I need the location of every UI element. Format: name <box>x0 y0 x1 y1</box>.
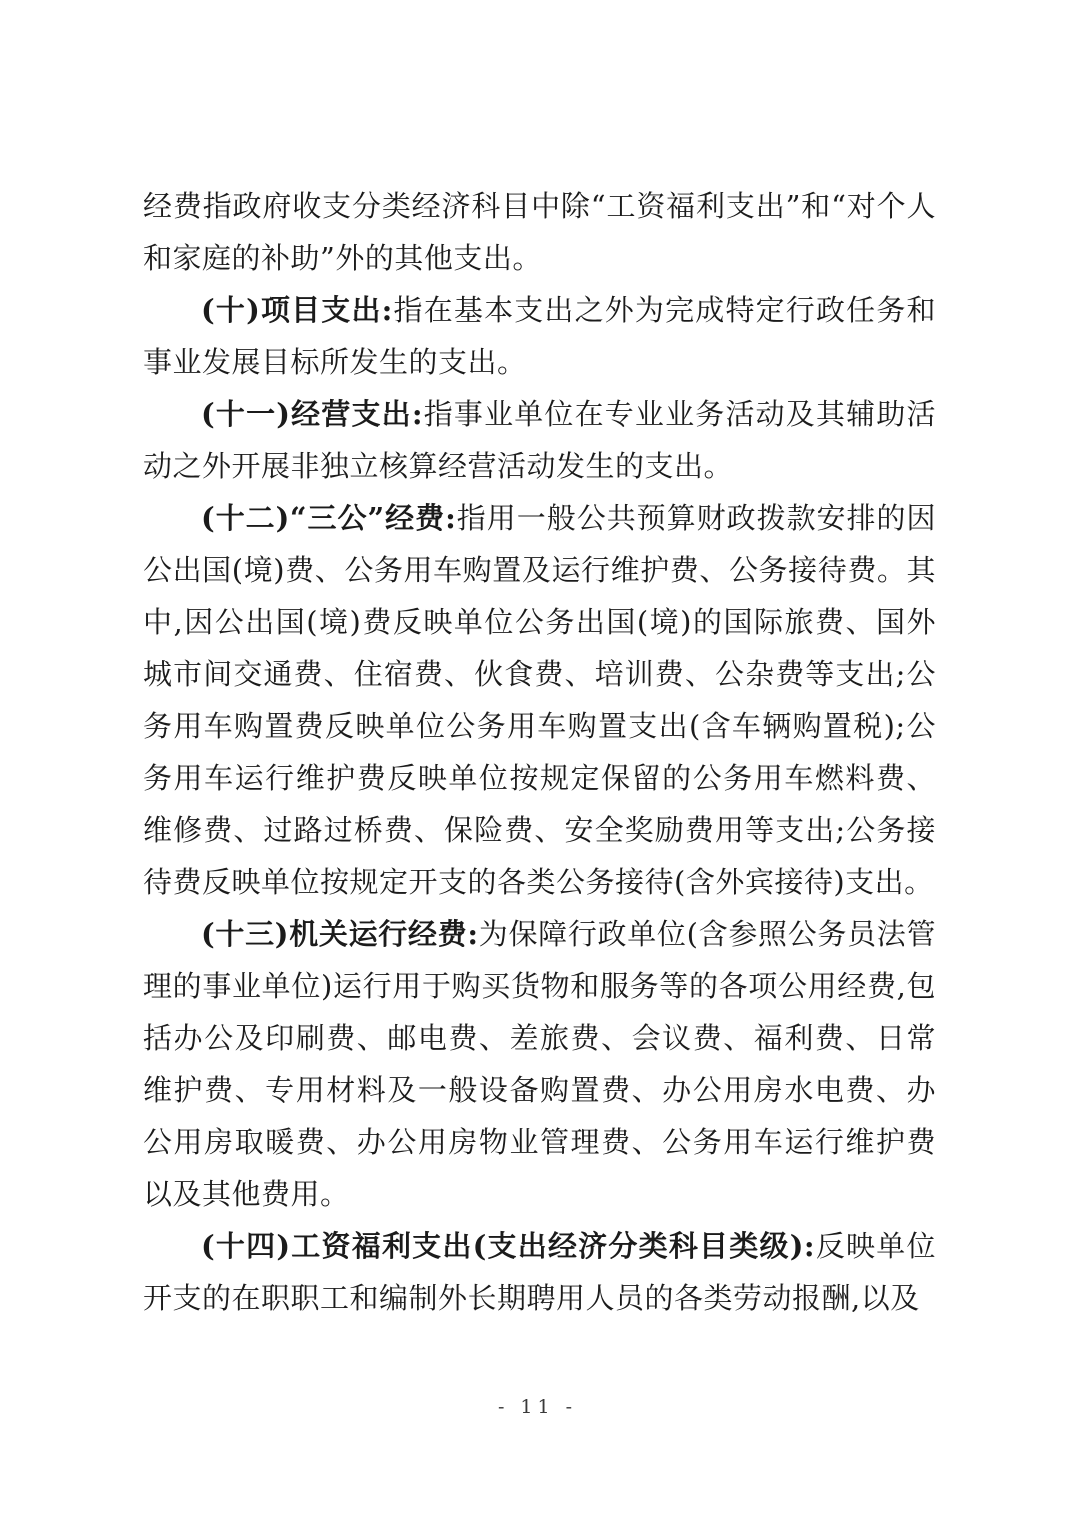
paragraph-clause-11: (十一)经营支出:指事业单位在专业业务活动及其辅助活动之外开展非独立核算经营活动… <box>143 388 936 492</box>
paragraph-text: 指用一般公共预算财政拨款安排的因公出国(境)费、公务用车购置及运行维护费、公务接… <box>143 501 936 899</box>
paragraph-text: 为保障行政单位(含参照公务员法管理的事业单位)运行用于购买货物和服务等的各项公用… <box>143 917 936 1211</box>
document-page: 经费指政府收支分类经济科目中除“工资福利支出”和“对个人和家庭的补助”外的其他支… <box>0 0 1075 1520</box>
clause-heading: (十四)工资福利支出(支出经济分类科目类级): <box>201 1229 815 1263</box>
document-content: 经费指政府收支分类经济科目中除“工资福利支出”和“对个人和家庭的补助”外的其他支… <box>143 180 936 1324</box>
clause-heading: (十二)“三公”经费: <box>201 501 456 535</box>
paragraph-text: 经费指政府收支分类经济科目中除“工资福利支出”和“对个人和家庭的补助”外的其他支… <box>143 189 936 275</box>
paragraph-clause-14: (十四)工资福利支出(支出经济分类科目类级):反映单位开支的在职职工和编制外长期… <box>143 1220 936 1324</box>
clause-heading: (十三)机关运行经费: <box>201 917 479 951</box>
paragraph-continuation: 经费指政府收支分类经济科目中除“工资福利支出”和“对个人和家庭的补助”外的其他支… <box>143 180 936 284</box>
paragraph-clause-13: (十三)机关运行经费:为保障行政单位(含参照公务员法管理的事业单位)运行用于购买… <box>143 908 936 1220</box>
clause-heading: (十)项目支出: <box>201 293 393 327</box>
paragraph-clause-10: (十)项目支出:指在基本支出之外为完成特定行政任务和事业发展目标所发生的支出。 <box>143 284 936 388</box>
page-footer: - 11 - <box>0 1396 1075 1418</box>
page-number: - 11 - <box>498 1396 577 1418</box>
clause-heading: (十一)经营支出: <box>201 397 423 431</box>
paragraph-clause-12: (十二)“三公”经费:指用一般公共预算财政拨款安排的因公出国(境)费、公务用车购… <box>143 492 936 908</box>
